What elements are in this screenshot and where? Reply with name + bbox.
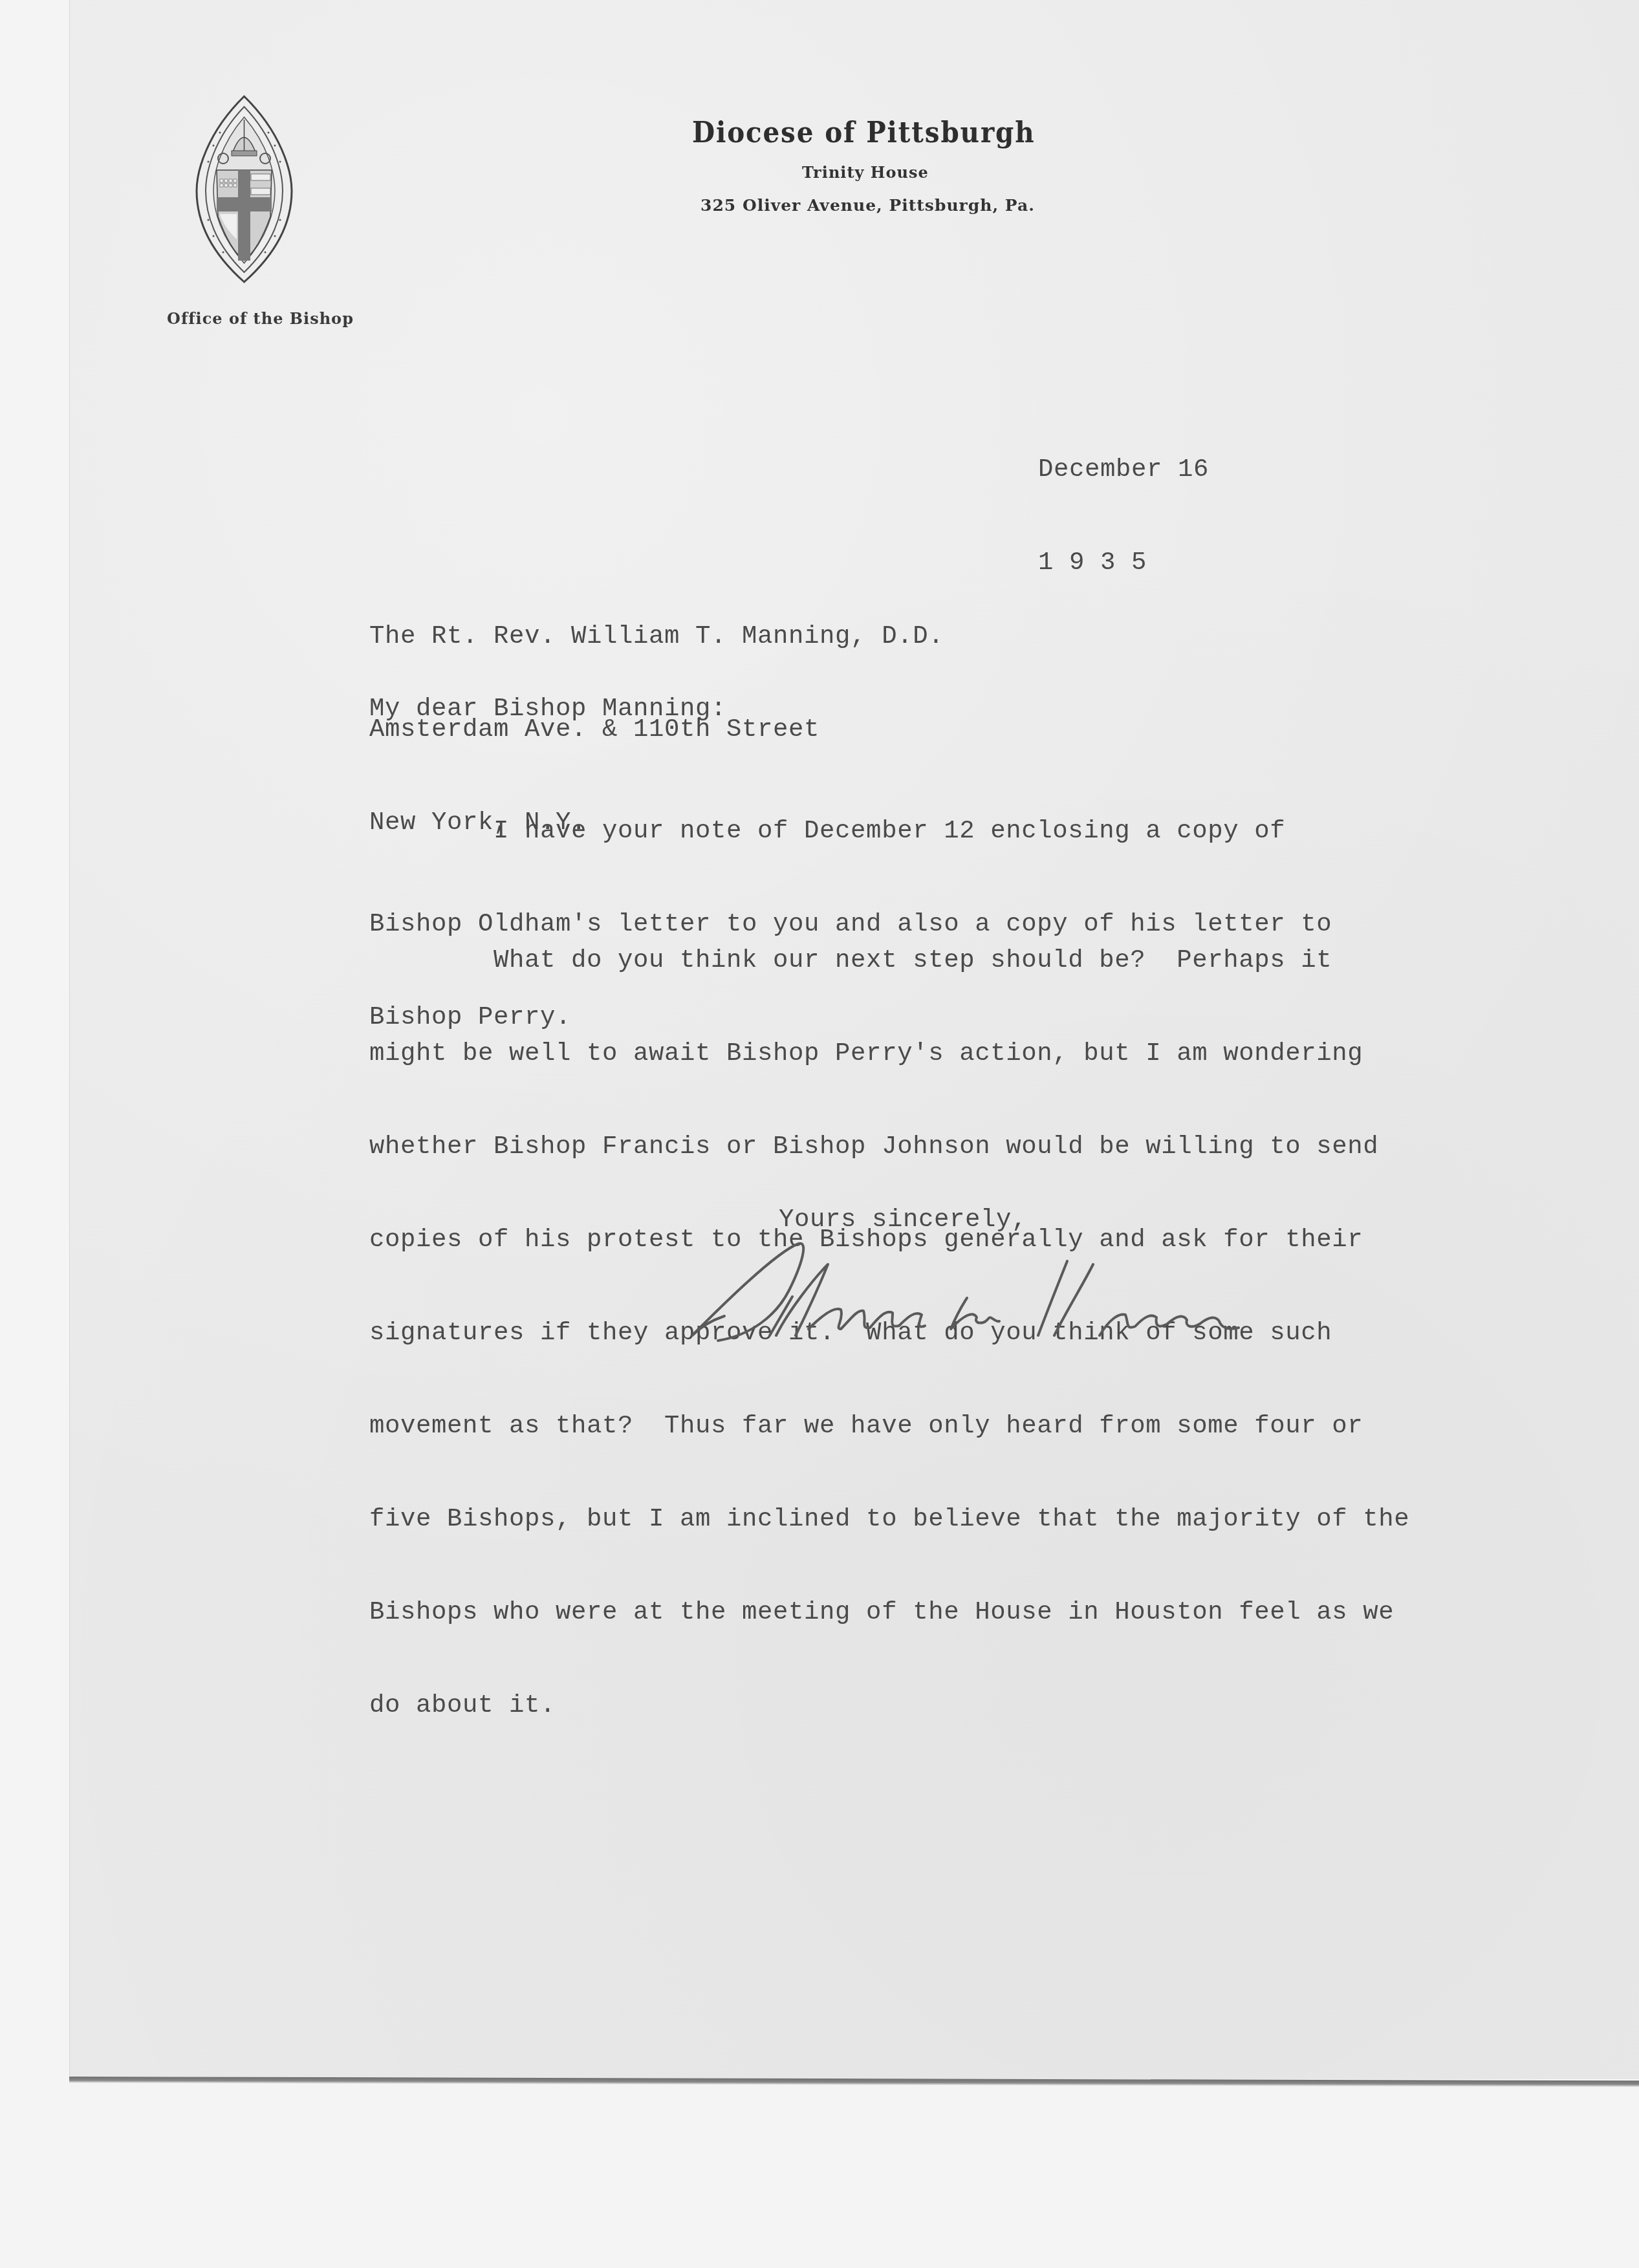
body-line: might be well to await Bishop Perry's ac… (369, 1038, 1409, 1069)
episcopal-seal-icon (194, 94, 294, 285)
letterhead-address: 325 Oliver Avenue, Pittsburgh, Pa. (700, 196, 1035, 215)
body-line: five Bishops, but I am inclined to belie… (369, 1504, 1409, 1535)
handwritten-signature-icon (679, 1238, 1416, 1348)
date-month-day: December 16 (1038, 454, 1209, 485)
body-line: whether Bishop Francis or Bishop Johnson… (369, 1131, 1409, 1162)
letterhead-title: Diocese of Pittsburgh (692, 116, 1035, 149)
body-line: I have your note of December 12 enclosin… (369, 815, 1332, 847)
body-line: Bishops who were at the meeting of the H… (369, 1597, 1409, 1628)
recipient-line: The Rt. Rev. William T. Manning, D.D. (369, 621, 944, 652)
date-year: 1 9 3 5 (1038, 547, 1209, 578)
office-of-bishop-label: Office of the Bishop (167, 309, 354, 328)
closing: Yours sincerely, (779, 1204, 1027, 1235)
body-line: movement as that? Thus far we have only … (369, 1410, 1409, 1442)
letter-date: December 16 1 9 3 5 (1038, 392, 1209, 609)
salutation: My dear Bishop Manning: (369, 693, 726, 724)
body-line: What do you think our next step should b… (369, 945, 1409, 976)
letterhead-building: Trinity House (802, 163, 929, 182)
body-line: do about it. (369, 1690, 1409, 1721)
